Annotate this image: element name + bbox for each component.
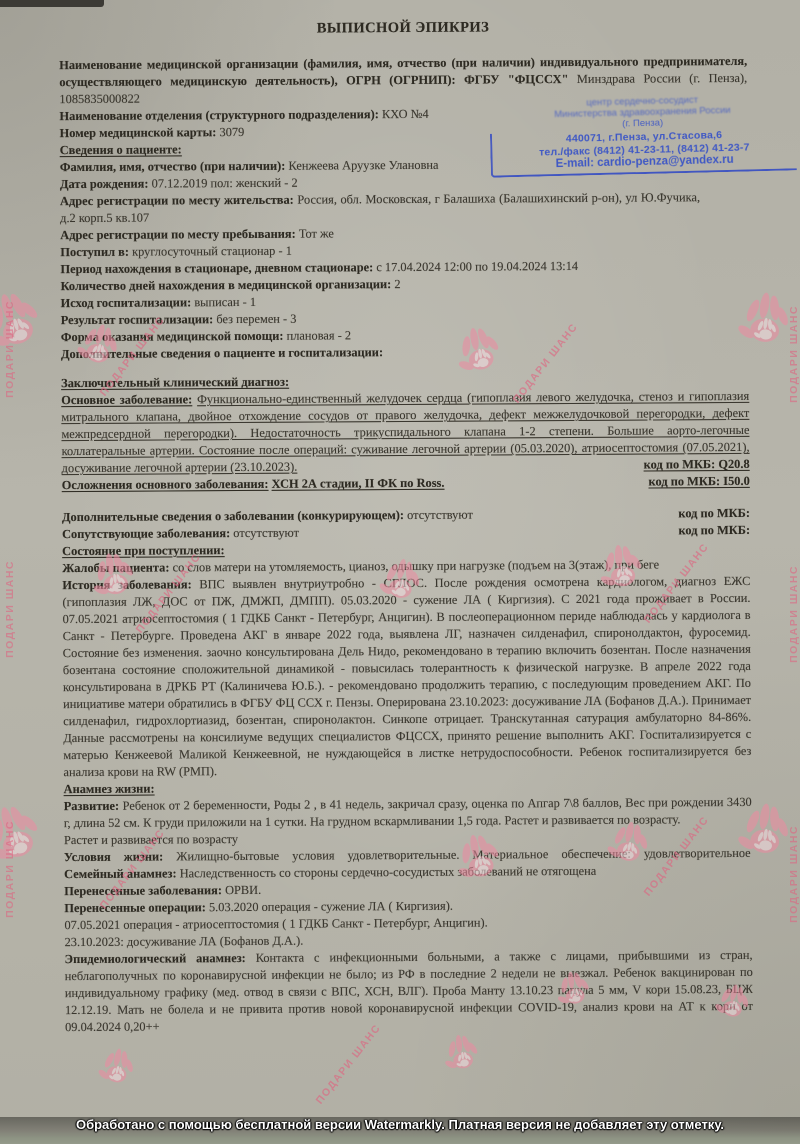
watermark-brand-text-vertical: ПОДАРИ ШАНС — [2, 820, 19, 918]
stamp-frame: 440071, г.Пенза, ул.Стасова,6 тел./факс … — [490, 126, 797, 177]
scanned-discharge-document: ВЫПИСНОЙ ЭПИКРИЗ Наименование медицинско… — [0, 0, 800, 1144]
epid-anamnesis: Эпидемиологический анамнез: Контакта с и… — [65, 947, 754, 1036]
icd-code-comorbid: код по МКБ: — [678, 522, 750, 539]
patient-address: Адрес регистрации по месту жительства: Р… — [60, 189, 700, 227]
icd-code-main: код по МКБ: Q20.8 — [644, 456, 750, 474]
watermarkly-banner: Обработано с помощью бесплатной версии W… — [0, 1117, 800, 1144]
watermarkly-banner-text: Обработано с помощью бесплатной версии W… — [76, 1117, 724, 1132]
main-disease: Основное заболевание: Функционально-един… — [61, 388, 750, 477]
watermark-brand-text-vertical: ПОДАРИ ШАНС — [2, 300, 19, 398]
icd-code-complication: код по МКБ: I50.0 — [648, 473, 749, 491]
development: Развитие: Ребенок от 2 беременности, Род… — [64, 794, 752, 832]
watermark-brand-text-vertical: ПОДАРИ ШАНС — [786, 305, 800, 403]
hand-watermark-icon — [0, 274, 59, 365]
disease-history: История заболевания: ВПС выявлен внутриу… — [62, 573, 751, 781]
watermark-brand-text-vertical: ПОДАРИ ШАНС — [786, 825, 800, 923]
watermark-brand-text-vertical: ПОДАРИ ШАНС — [2, 560, 19, 658]
watermark-brand-text-vertical: ПОДАРИ ШАНС — [786, 565, 800, 663]
hand-watermark-icon — [0, 787, 59, 878]
scan-edge-artifact — [0, 0, 104, 7]
page-title: ВЫПИСНОЙ ЭПИКРИЗ — [59, 18, 747, 39]
hand-watermark-icon — [91, 1039, 145, 1093]
org-name: ФГБУ "ФЦССХ" — [464, 72, 568, 87]
icd-code-concurrent: код по МКБ: — [678, 505, 750, 522]
clinic-stamp: центр сердечно-сосудист Министерства здр… — [489, 92, 797, 177]
